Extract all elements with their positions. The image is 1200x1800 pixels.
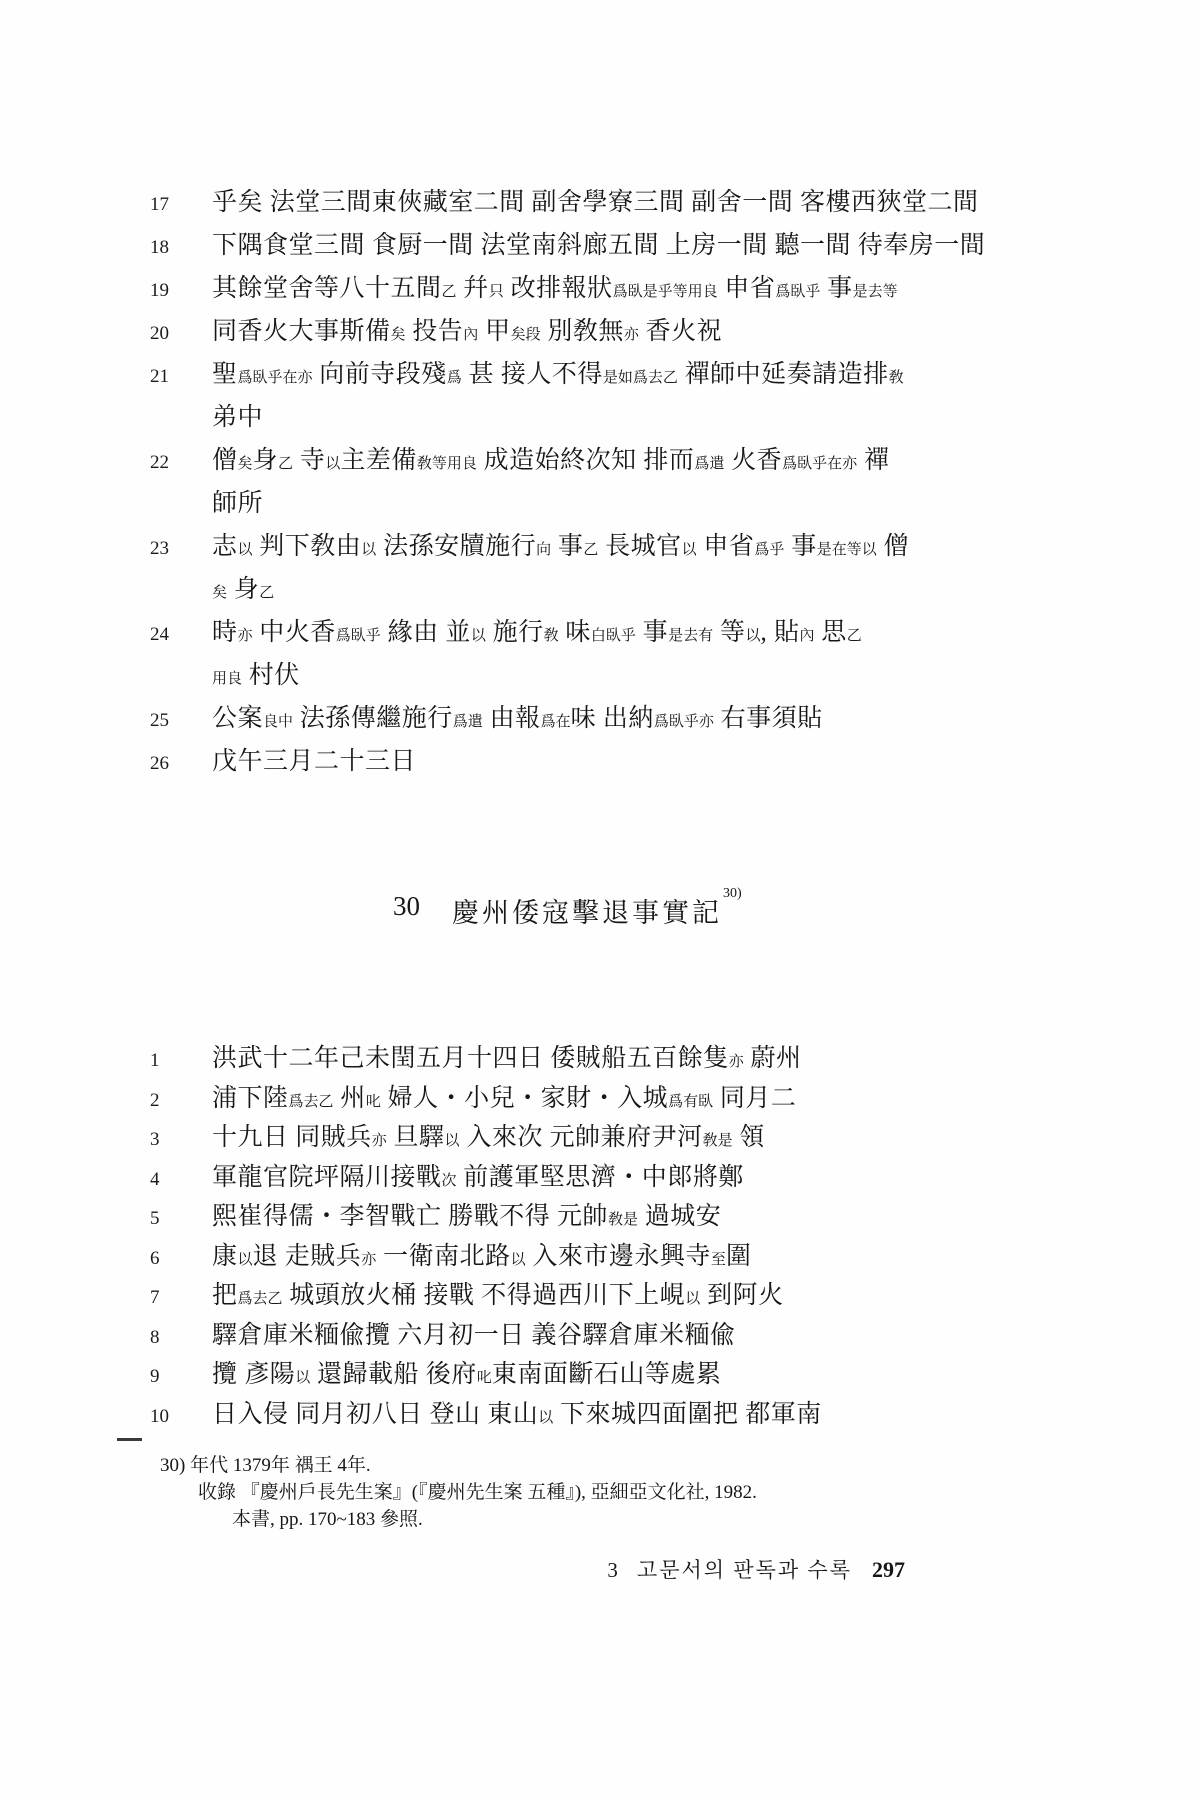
main-text: 幷 <box>457 275 489 302</box>
idu-small-text: 用良 <box>212 671 242 687</box>
idu-small-text: 以 <box>471 628 486 644</box>
main-text: 浦下陸 <box>212 1085 289 1112</box>
text-line: 7把爲去乙 城頭放火桶 接戰 不得過西川下上峴以 到阿火 <box>0 1283 1130 1323</box>
footnote-line: 30) 年代 1379年 禑王 4年. <box>160 1452 1060 1479</box>
main-text: 圍 <box>726 1243 752 1270</box>
main-text: 長城官 <box>598 533 681 560</box>
line-number: 6 <box>150 1248 212 1270</box>
idu-small-text: 矣段 <box>511 327 541 343</box>
line-number: 4 <box>150 1169 212 1191</box>
main-text: 時 <box>212 619 238 646</box>
idu-small-text: 至 <box>711 1252 726 1268</box>
idu-small-text: 爲臥是乎等用良 <box>613 284 718 300</box>
idu-small-text: 乙 <box>442 284 457 300</box>
main-text: 僧 <box>877 533 909 560</box>
line-text: 用良 村伏 <box>212 663 300 688</box>
idu-small-text: 爲去乙 <box>238 1291 283 1307</box>
main-text: 十九日 同賊兵 <box>212 1124 372 1151</box>
main-text: 前護軍堅思濟・中郞將鄭 <box>457 1164 744 1191</box>
line-text: 矣 身乙 <box>212 577 274 602</box>
margin-stray-mark <box>117 1438 142 1441</box>
main-text: 禪 <box>857 447 889 474</box>
idu-small-text: 爲臥乎在亦 <box>782 456 857 472</box>
idu-small-text: 亦 <box>361 1252 376 1268</box>
idu-small-text: 以 <box>361 542 376 558</box>
line-text: 乎矣 法堂三間東俠藏室二間 副舍學寮三間 副舍一間 客樓西狹堂二間 <box>212 190 979 215</box>
line-number: 1 <box>150 1050 212 1072</box>
main-text: 甲 <box>478 318 510 345</box>
text-line: 2浦下陸爲去乙 州叱 婦人・小兒・家財・入城爲有臥 同月二 <box>0 1086 1130 1126</box>
line-text: 攬 彥陽以 還歸載船 後府叱東南面斷石山等處累 <box>212 1362 721 1387</box>
main-text: 州 <box>334 1085 366 1112</box>
text-line: 23志以 判下敎由以 法孫安牘施行向 事乙 長城官以 申省爲乎 事是在等以 僧 <box>0 534 1130 577</box>
text-line: 22僧矣身乙 寺以主差備敎等用良 成造始終次知 排而爲遣 火香爲臥乎在亦 禪 <box>0 448 1130 491</box>
main-text: 洪武十二年己未閏五月十四日 倭賊船五百餘隻 <box>212 1045 729 1072</box>
page-footer: 3 고문서의 판독과 수록 297 <box>0 1554 905 1584</box>
idu-small-text: 乙 <box>583 542 598 558</box>
idu-small-text: 以 <box>745 628 760 644</box>
main-text: 師所 <box>212 490 263 517</box>
idu-small-text: 敎是 <box>703 1133 733 1149</box>
idu-small-text: 矣 <box>238 456 253 472</box>
main-text: 入來市邊永興寺 <box>526 1243 711 1270</box>
idu-small-text: 爲臥乎在亦 <box>238 370 313 386</box>
main-text: 別敎無 <box>541 318 624 345</box>
text-line: 20同香火大事斯備矣 投告內 甲矣段 別敎無亦 香火祝 <box>0 319 1130 362</box>
line-text: 其餘堂舍等八十五間乙 幷只 改排報狀爲臥是乎等用良 申省爲臥乎 事是去等 <box>212 276 898 301</box>
text-line: 8驛倉庫米糆偸攬 六月初一日 義谷驛倉庫米糆偸 <box>0 1323 1130 1363</box>
footnote-block: 30) 年代 1379年 禑王 4年. 收錄 『慶州戶長先生案』(『慶州先生案 … <box>160 1452 1060 1533</box>
idu-small-text: 是去等 <box>853 284 898 300</box>
line-text: 日入侵 同月初八日 登山 東山以 下來城四面圍把 都軍南 <box>212 1402 822 1427</box>
line-text: 弟中 <box>212 405 263 430</box>
idu-small-text: 內 <box>799 628 814 644</box>
document-30-heading: 30 慶州倭寇擊退事實記 30) <box>393 891 742 930</box>
line-text: 熙崔得儒・李智戰亡 勝戰不得 元帥敎是 過城安 <box>212 1204 721 1229</box>
line-number: 22 <box>150 452 212 474</box>
text-line: 17乎矣 法堂三間東俠藏室二間 副舍學寮三間 副舍一間 客樓西狹堂二間 <box>0 190 1130 233</box>
text-line: 師所 <box>0 491 1130 534</box>
idu-small-text: 以 <box>511 1252 526 1268</box>
idu-small-text: 亦 <box>372 1133 387 1149</box>
idu-small-text: 矣 <box>212 585 227 601</box>
document-title: 慶州倭寇擊退事實記 <box>452 891 722 930</box>
main-text: 右事須貼 <box>714 705 823 732</box>
idu-small-text: 以 <box>445 1133 460 1149</box>
idu-small-text: 以 <box>682 542 697 558</box>
line-text: 驛倉庫米糆偸攬 六月初一日 義谷驛倉庫米糆偸 <box>212 1323 736 1348</box>
main-text: 施行 <box>486 619 544 646</box>
line-number: 20 <box>150 323 212 345</box>
line-text: 同香火大事斯備矣 投告內 甲矣段 別敎無亦 香火祝 <box>212 319 722 344</box>
main-text: 婦人・小兒・家財・入城 <box>381 1085 668 1112</box>
line-text: 僧矣身乙 寺以主差備敎等用良 成造始終次知 排而爲遣 火香爲臥乎在亦 禪 <box>212 448 889 473</box>
line-text: 下隅食堂三間 食厨一間 法堂南斜廊五間 上房一間 聽一間 待奉房一間 <box>212 233 985 258</box>
text-line: 26戊午三月二十三日 <box>0 749 1130 792</box>
line-text: 軍龍官院坪隔川接戰次 前護軍堅思濟・中郞將鄭 <box>212 1165 744 1190</box>
idu-small-text: 叱 <box>366 1094 381 1110</box>
idu-small-text: 爲乎 <box>754 542 784 558</box>
line-number: 7 <box>150 1287 212 1309</box>
line-number: 24 <box>150 624 212 646</box>
main-text: 熙崔得儒・李智戰亡 勝戰不得 元帥 <box>212 1203 608 1230</box>
main-text: 事 <box>636 619 668 646</box>
footnote-reference: 30) <box>723 886 742 902</box>
idu-small-text: 白臥乎 <box>591 628 636 644</box>
footnote-line: 本書, pp. 170~183 參照. <box>232 1506 1060 1533</box>
main-text: 同香火大事斯備 <box>212 318 391 345</box>
main-text: 還歸載船 後府 <box>310 1361 477 1388</box>
main-text: 味 出納 <box>571 705 654 732</box>
main-text: 蔚州 <box>744 1045 802 1072</box>
text-line: 21聖爲臥乎在亦 向前寺段殘爲 甚 接人不得是如爲去乙 禪師中延奏請造排敎 <box>0 362 1130 405</box>
main-text: 日入侵 同月初八日 登山 東山 <box>212 1401 538 1428</box>
idu-small-text: 良中 <box>263 714 293 730</box>
footer-section-title: 고문서의 판독과 수록 <box>637 1558 852 1582</box>
text-line: 24時亦 中火香爲臥乎 緣由 並以 施行敎 味白臥乎 事是去有 等以, 貼內 思… <box>0 620 1130 663</box>
text-line: 19其餘堂舍等八十五間乙 幷只 改排報狀爲臥是乎等用良 申省爲臥乎 事是去等 <box>0 276 1130 319</box>
idu-small-text: 乙 <box>259 585 274 601</box>
idu-small-text: 叱 <box>477 1370 492 1386</box>
line-text: 戊午三月二十三日 <box>212 749 416 774</box>
main-text: 香火祝 <box>639 318 722 345</box>
main-text: 志 <box>212 533 238 560</box>
main-text: 弟中 <box>212 404 263 431</box>
main-text: 康 <box>212 1243 238 1270</box>
idu-small-text: 乙 <box>278 456 293 472</box>
text-line: 弟中 <box>0 405 1130 448</box>
text-line: 10日入侵 同月初八日 登山 東山以 下來城四面圍把 都軍南 <box>0 1402 1130 1442</box>
main-text: 甚 接人不得 <box>462 361 603 388</box>
main-text: 軍龍官院坪隔川接戰 <box>212 1164 442 1191</box>
line-text: 康以退 走賊兵亦 一衛南北路以 入來市邊永興寺至圍 <box>212 1244 751 1269</box>
line-text: 師所 <box>212 491 263 516</box>
main-text: 公案 <box>212 705 263 732</box>
main-text: 事 <box>820 275 852 302</box>
idu-small-text: 敎 <box>544 628 559 644</box>
main-text: 戊午三月二十三日 <box>212 748 416 775</box>
main-text: 向前寺段殘 <box>313 361 447 388</box>
idu-small-text: 以 <box>685 1291 700 1307</box>
idu-small-text: 只 <box>489 284 504 300</box>
line-number: 5 <box>150 1208 212 1230</box>
main-text: 攬 彥陽 <box>212 1361 295 1388</box>
main-text: , 貼 <box>760 619 799 646</box>
text-line: 9攬 彥陽以 還歸載船 後府叱東南面斷石山等處累 <box>0 1362 1130 1402</box>
main-text: 申省 <box>718 275 776 302</box>
idu-small-text: 敎 <box>889 370 904 386</box>
main-text: 身 <box>253 447 279 474</box>
idu-small-text: 次 <box>442 1173 457 1189</box>
line-text: 公案良中 法孫傳繼施行爲遣 由報爲在味 出納爲臥乎亦 右事須貼 <box>212 706 823 731</box>
text-line: 6康以退 走賊兵亦 一衛南北路以 入來市邊永興寺至圍 <box>0 1244 1130 1284</box>
main-text: 把 <box>212 1282 238 1309</box>
main-text: 緣由 並 <box>381 619 471 646</box>
line-number: 19 <box>150 280 212 302</box>
idu-small-text: 爲遣 <box>694 456 724 472</box>
line-number: 26 <box>150 753 212 775</box>
main-text: 事 <box>784 533 816 560</box>
main-text: 等 <box>713 619 745 646</box>
main-text: 乎矣 法堂三間東俠藏室二間 副舍學寮三間 副舍一間 客樓西狹堂二間 <box>212 189 979 216</box>
footer-page-number: 297 <box>872 1557 905 1582</box>
line-number: 9 <box>150 1366 212 1388</box>
main-text: 旦驛 <box>387 1124 445 1151</box>
main-text: 僧 <box>212 447 238 474</box>
document-number: 30 <box>393 891 420 922</box>
idu-small-text: 亦 <box>729 1054 744 1070</box>
idu-small-text: 內 <box>463 327 478 343</box>
line-text: 把爲去乙 城頭放火桶 接戰 不得過西川下上峴以 到阿火 <box>212 1283 784 1308</box>
line-number: 10 <box>150 1406 212 1428</box>
line-text: 十九日 同賊兵亦 旦驛以 入來次 元帥兼府尹河敎是 領 <box>212 1125 765 1150</box>
line-number: 2 <box>150 1090 212 1112</box>
idu-small-text: 爲臥乎 <box>775 284 820 300</box>
line-text: 聖爲臥乎在亦 向前寺段殘爲 甚 接人不得是如爲去乙 禪師中延奏請造排敎 <box>212 362 904 387</box>
idu-small-text: 亦 <box>624 327 639 343</box>
idu-small-text: 以 <box>238 542 253 558</box>
main-text: 成造始終次知 排而 <box>477 447 695 474</box>
main-text: 思 <box>815 619 847 646</box>
idu-small-text: 以 <box>325 456 340 472</box>
text-line: 5熙崔得儒・李智戰亡 勝戰不得 元帥敎是 過城安 <box>0 1204 1130 1244</box>
line-number: 21 <box>150 366 212 388</box>
main-text: 投告 <box>406 318 464 345</box>
idu-small-text: 乙 <box>847 628 862 644</box>
idu-small-text: 爲臥乎亦 <box>654 714 714 730</box>
idu-small-text: 是在等以 <box>817 542 877 558</box>
book-page: 17乎矣 法堂三間東俠藏室二間 副舍學寮三間 副舍一間 客樓西狹堂二間18下隅食… <box>0 0 1200 1800</box>
idu-small-text: 亦 <box>238 628 253 644</box>
main-text: 禪師中延奏請造排 <box>678 361 889 388</box>
idu-small-text: 以 <box>295 1370 310 1386</box>
line-text: 洪武十二年己未閏五月十四日 倭賊船五百餘隻亦 蔚州 <box>212 1046 802 1071</box>
idu-small-text: 爲有臥 <box>668 1094 713 1110</box>
line-number: 18 <box>150 237 212 259</box>
main-text: 領 <box>733 1124 765 1151</box>
idu-small-text: 爲遣 <box>453 714 483 730</box>
idu-small-text: 以 <box>238 1252 253 1268</box>
footnote-line: 收錄 『慶州戶長先生案』(『慶州先生案 五種』), 亞細亞文化社, 1982. <box>198 1479 1060 1506</box>
idu-small-text: 以 <box>538 1410 553 1426</box>
text-line: 用良 村伏 <box>0 663 1130 706</box>
line-number: 23 <box>150 538 212 560</box>
main-text: 一衛南北路 <box>376 1243 510 1270</box>
main-text: 法孫傳繼施行 <box>293 705 453 732</box>
line-text: 時亦 中火香爲臥乎 緣由 並以 施行敎 味白臥乎 事是去有 等以, 貼內 思乙 <box>212 620 862 645</box>
idu-small-text: 爲去乙 <box>289 1094 334 1110</box>
main-text: 過城安 <box>638 1203 721 1230</box>
text-line: 18下隅食堂三間 食厨一間 法堂南斜廊五間 上房一間 聽一間 待奉房一間 <box>0 233 1130 276</box>
main-text: 東南面斷石山等處累 <box>492 1361 722 1388</box>
main-text: 事 <box>551 533 583 560</box>
main-text: 改排報狀 <box>504 275 613 302</box>
main-text: 主差備 <box>340 447 417 474</box>
main-text: 入來次 元帥兼府尹河 <box>460 1124 703 1151</box>
idu-small-text: 敎是 <box>608 1212 638 1228</box>
main-text: 火香 <box>724 447 782 474</box>
main-text: 味 <box>559 619 591 646</box>
main-text: 驛倉庫米糆偸攬 六月初一日 義谷驛倉庫米糆偸 <box>212 1322 736 1349</box>
document-30-transcription-lines: 1洪武十二年己未閏五月十四日 倭賊船五百餘隻亦 蔚州2浦下陸爲去乙 州叱 婦人・… <box>0 1046 1130 1441</box>
main-text: 下來城四面圍把 都軍南 <box>553 1401 822 1428</box>
main-text: 村伏 <box>242 662 300 689</box>
main-text: 到阿火 <box>700 1282 783 1309</box>
main-text: 退 走賊兵 <box>253 1243 362 1270</box>
line-number: 17 <box>150 194 212 216</box>
main-text: 由報 <box>483 705 541 732</box>
main-text: 身 <box>227 576 259 603</box>
line-text: 志以 判下敎由以 法孫安牘施行向 事乙 長城官以 申省爲乎 事是在等以 僧 <box>212 534 909 559</box>
main-text: 法孫安牘施行 <box>376 533 536 560</box>
text-line: 矣 身乙 <box>0 577 1130 620</box>
line-text: 浦下陸爲去乙 州叱 婦人・小兒・家財・入城爲有臥 同月二 <box>212 1086 796 1111</box>
main-text: 城頭放火桶 接戰 不得過西川下上峴 <box>283 1282 686 1309</box>
idu-small-text: 向 <box>536 542 551 558</box>
text-line: 3十九日 同賊兵亦 旦驛以 入來次 元帥兼府尹河敎是 領 <box>0 1125 1130 1165</box>
footer-section-number: 3 <box>607 1558 619 1582</box>
idu-small-text: 爲臥乎 <box>336 628 381 644</box>
text-line: 4軍龍官院坪隔川接戰次 前護軍堅思濟・中郞將鄭 <box>0 1165 1130 1205</box>
main-text: 申省 <box>697 533 755 560</box>
idu-small-text: 爲在 <box>541 714 571 730</box>
text-line: 25公案良中 法孫傳繼施行爲遣 由報爲在味 出納爲臥乎亦 右事須貼 <box>0 706 1130 749</box>
text-line: 1洪武十二年己未閏五月十四日 倭賊船五百餘隻亦 蔚州 <box>0 1046 1130 1086</box>
document-29-transcription-lines: 17乎矣 法堂三間東俠藏室二間 副舍學寮三間 副舍一間 客樓西狹堂二間18下隅食… <box>0 190 1130 792</box>
idu-small-text: 矣 <box>391 327 406 343</box>
main-text: 下隅食堂三間 食厨一間 法堂南斜廊五間 上房一間 聽一間 待奉房一間 <box>212 232 985 259</box>
line-number: 8 <box>150 1327 212 1349</box>
main-text: 中火香 <box>253 619 336 646</box>
main-text: 同月二 <box>713 1085 796 1112</box>
main-text: 其餘堂舍等八十五間 <box>212 275 442 302</box>
line-number: 3 <box>150 1129 212 1151</box>
idu-small-text: 是如爲去乙 <box>603 370 678 386</box>
main-text: 判下敎由 <box>253 533 362 560</box>
idu-small-text: 爲 <box>447 370 462 386</box>
main-text: 聖 <box>212 361 238 388</box>
idu-small-text: 是去有 <box>668 628 713 644</box>
line-number: 25 <box>150 710 212 732</box>
idu-small-text: 敎等用良 <box>417 456 477 472</box>
main-text: 寺 <box>293 447 325 474</box>
